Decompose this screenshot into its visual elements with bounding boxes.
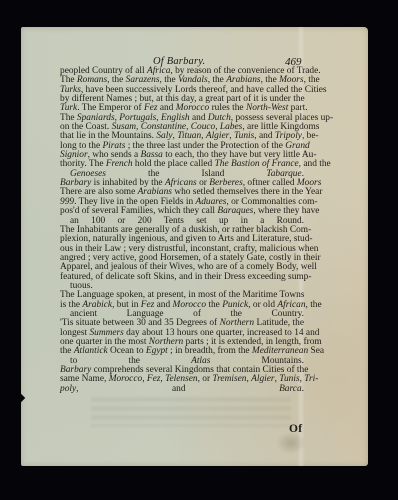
text-run: Sea	[308, 346, 324, 356]
text-run: .	[302, 384, 304, 394]
text-run: featured, of delicate soft Skins, and in…	[60, 272, 312, 282]
text-run: , the	[306, 300, 322, 310]
catchword: Of	[289, 423, 302, 435]
italic-term: Tri-	[304, 374, 318, 384]
text-line: poly, and Barca.	[60, 385, 304, 394]
italic-term: poly	[60, 384, 76, 394]
book-page: Of Barbary. 469 peopled Country of all A…	[21, 27, 368, 466]
page-edge-tear	[17, 394, 25, 402]
text-line: featured, of delicate soft Skins, and in…	[60, 273, 304, 282]
paper-stain	[276, 432, 306, 454]
show-through-text	[91, 397, 291, 427]
text-run: , and	[76, 384, 279, 394]
body-text: peopled Country of all Africa, by reason…	[60, 67, 304, 394]
italic-term: Barca	[279, 384, 302, 394]
